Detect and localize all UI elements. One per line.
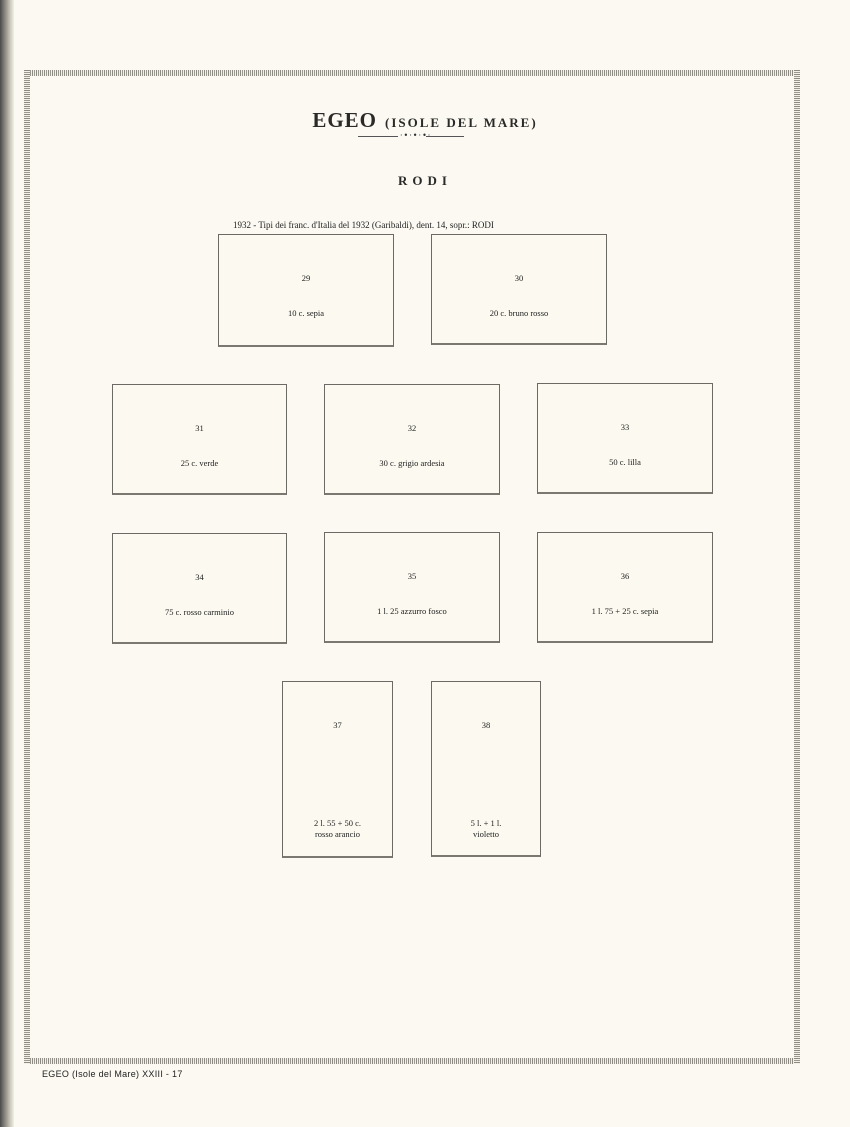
stamp-description: 1 l. 75 + 25 c. sepia	[538, 606, 712, 617]
stamp-description: 30 c. grigio ardesia	[325, 458, 499, 469]
stamp-slot-29: 29 10 c. sepia	[218, 234, 394, 347]
frame-bottom	[24, 1058, 800, 1064]
stamp-description: 20 c. bruno rosso	[432, 308, 606, 319]
stamp-description: 1 l. 25 azzurro fosco	[325, 606, 499, 617]
page-title: EGEO(ISOLE DEL MARE)	[0, 108, 850, 133]
stamp-description-line1: 5 l. + 1 l.	[432, 818, 540, 829]
title-ornament: ·•·•·•·	[358, 136, 464, 138]
stamp-description-line1: 2 l. 55 + 50 c.	[283, 818, 392, 829]
frame-right	[794, 70, 800, 1064]
ornament-line-right	[426, 136, 464, 137]
stamp-number: 34	[113, 572, 286, 582]
stamp-slot-31: 31 25 c. verde	[112, 384, 287, 495]
stamp-description-line2: rosso arancio	[283, 829, 392, 840]
stamp-description: 75 c. rosso carminio	[113, 607, 286, 618]
stamp-number: 31	[113, 423, 286, 433]
stamp-number: 36	[538, 571, 712, 581]
stamp-number: 38	[432, 720, 540, 730]
stamp-number: 33	[538, 422, 712, 432]
stamp-number: 35	[325, 571, 499, 581]
stamp-slot-37: 37 2 l. 55 + 50 c. rosso arancio	[282, 681, 393, 858]
stamp-slot-36: 36 1 l. 75 + 25 c. sepia	[537, 532, 713, 643]
stamp-description: 50 c. lilla	[538, 457, 712, 468]
stamp-number: 30	[432, 273, 606, 283]
stamp-slot-38: 38 5 l. + 1 l. violetto	[431, 681, 541, 857]
ornament-line-left	[358, 136, 398, 137]
stamp-slot-35: 35 1 l. 25 azzurro fosco	[324, 532, 500, 643]
stamp-number: 29	[219, 273, 393, 283]
stamp-number: 32	[325, 423, 499, 433]
page-title-main: EGEO	[312, 108, 377, 132]
stamp-slot-33: 33 50 c. lilla	[537, 383, 713, 494]
stamp-description: 25 c. verde	[113, 458, 286, 469]
stamp-slot-32: 32 30 c. grigio ardesia	[324, 384, 500, 495]
album-binding-edge	[0, 0, 14, 1127]
series-caption: 1932 - Tipi dei franc. d'Italia del 1932…	[233, 220, 494, 230]
stamp-description-line2: violetto	[432, 829, 540, 840]
stamp-number: 37	[283, 720, 392, 730]
stamp-slot-34: 34 75 c. rosso carminio	[112, 533, 287, 644]
frame-top	[24, 70, 800, 76]
page-footer: EGEO (Isole del Mare) XXIII - 17	[42, 1069, 183, 1079]
stamp-slot-30: 30 20 c. bruno rosso	[431, 234, 607, 345]
page-title-sub: (ISOLE DEL MARE)	[385, 115, 538, 130]
page-subtitle: RODI	[0, 173, 850, 189]
stamp-description: 10 c. sepia	[219, 308, 393, 319]
frame-left	[24, 70, 30, 1064]
